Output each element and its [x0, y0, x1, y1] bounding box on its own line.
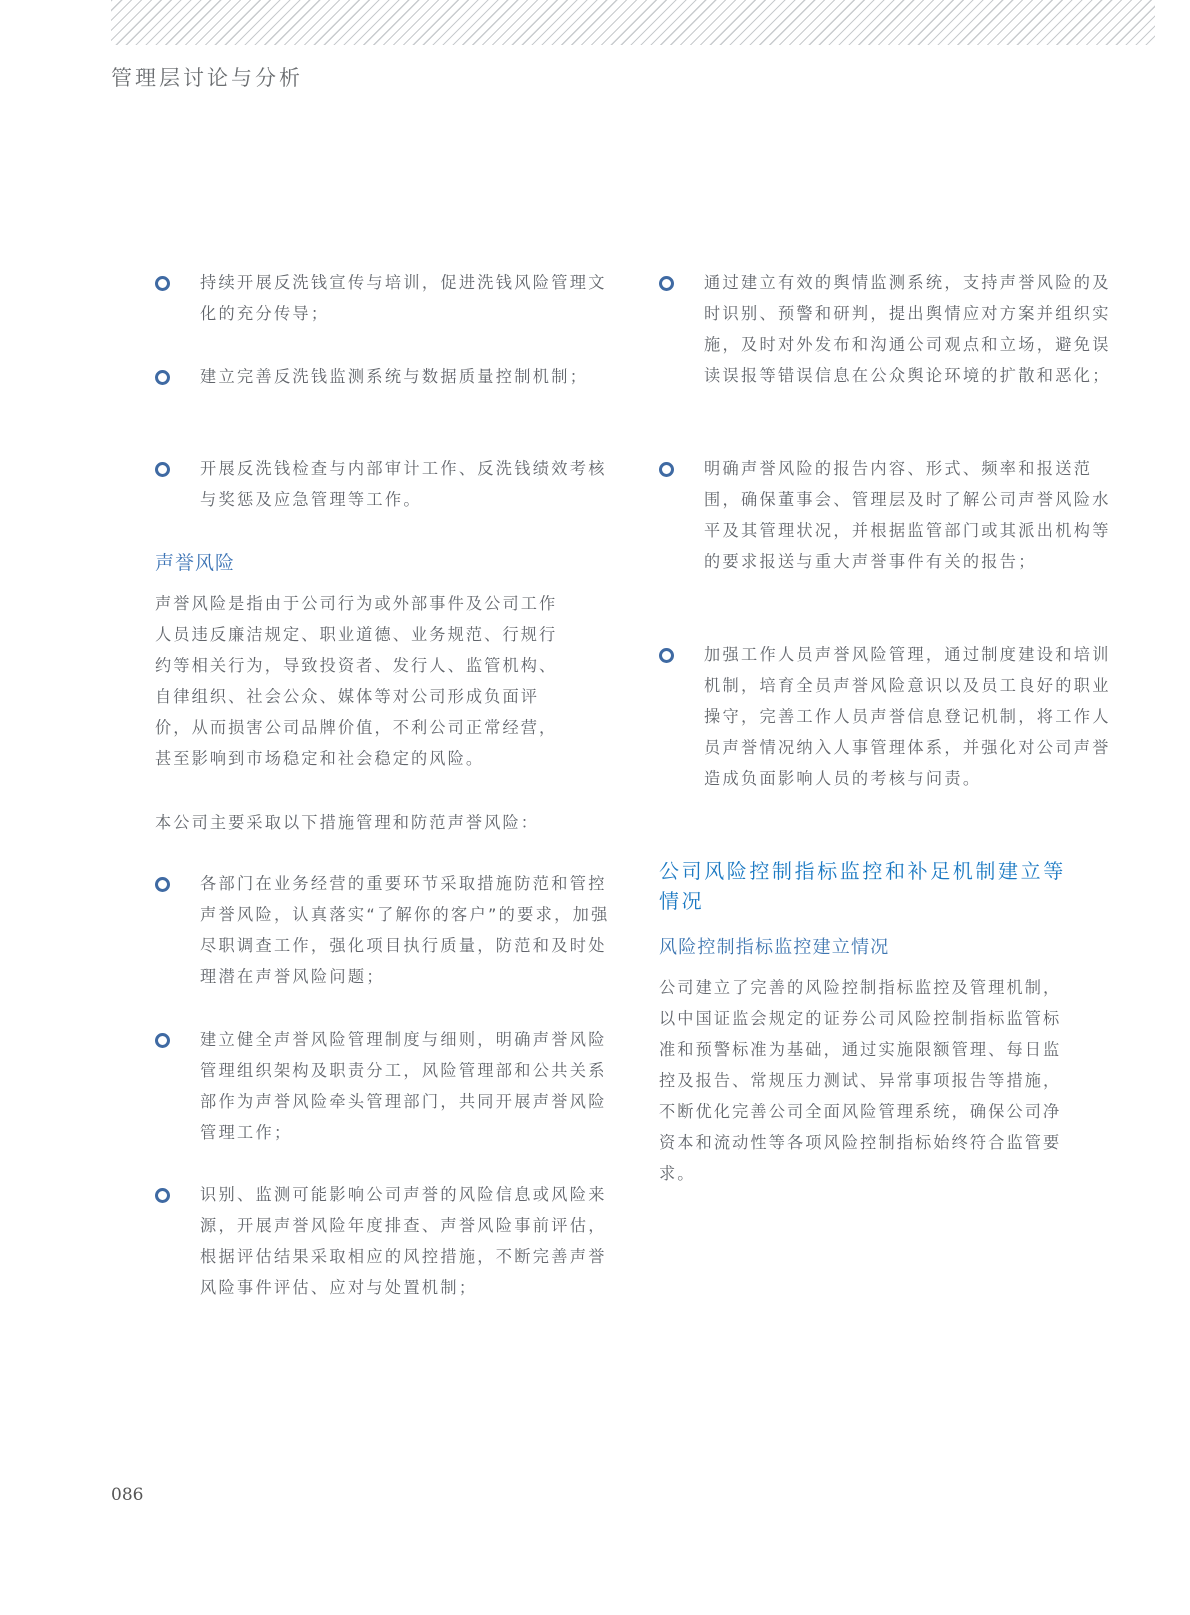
- list-item: 各部门在业务经营的重要环节采取措施防范和管控声誉风险，认真落实“了解你的客户”的…: [155, 868, 625, 992]
- risk-indicator-heading: 公司风险控制指标监控和补足机制建立等情况: [659, 856, 1084, 916]
- bullet-ring-icon: [659, 648, 674, 663]
- bullet-text: 建立健全声誉风险管理制度与细则，明确声誉风险管理组织架构及职责分工，风险管理部和…: [200, 1030, 607, 1142]
- risk-indicator-paragraph: 公司建立了完善的风险控制指标监控及管理机制，以中国证监会规定的证券公司风险控制指…: [659, 972, 1079, 1189]
- list-item: 开展反洗钱检查与内部审计工作、反洗钱绩效考核与奖惩及应急管理等工作。: [155, 453, 625, 515]
- risk-indicator-subheading: 风险控制指标监控建立情况: [659, 933, 889, 959]
- list-item: 通过建立有效的舆情监测系统，支持声誉风险的及时识别、预警和研判，提出舆情应对方案…: [659, 267, 1129, 391]
- bullet-ring-icon: [155, 1033, 170, 1048]
- bullet-ring-icon: [155, 462, 170, 477]
- measures-intro: 本公司主要采取以下措施管理和防范声誉风险：: [155, 807, 575, 838]
- list-item: 建立完善反洗钱监测系统与数据质量控制机制；: [155, 361, 625, 392]
- bullet-ring-icon: [659, 276, 674, 291]
- header-hatch-band: [111, 0, 1155, 45]
- bullet-text: 建立完善反洗钱监测系统与数据质量控制机制；: [200, 367, 588, 386]
- list-item: 建立健全声誉风险管理制度与细则，明确声誉风险管理组织架构及职责分工，风险管理部和…: [155, 1024, 625, 1148]
- bullet-text: 开展反洗钱检查与内部审计工作、反洗钱绩效考核与奖惩及应急管理等工作。: [200, 459, 607, 509]
- page-number: 086: [111, 1485, 143, 1505]
- list-item: 加强工作人员声誉风险管理，通过制度建设和培训机制，培育全员声誉风险意识以及员工良…: [659, 639, 1129, 794]
- reputation-risk-heading: 声誉风险: [155, 548, 235, 575]
- list-item: 持续开展反洗钱宣传与培训，促进洗钱风险管理文化的充分传导；: [155, 267, 625, 329]
- bullet-ring-icon: [155, 370, 170, 385]
- bullet-text: 持续开展反洗钱宣传与培训，促进洗钱风险管理文化的充分传导；: [200, 273, 607, 323]
- bullet-ring-icon: [155, 877, 170, 892]
- bullet-text: 通过建立有效的舆情监测系统，支持声誉风险的及时识别、预警和研判，提出舆情应对方案…: [704, 273, 1111, 385]
- bullet-text: 各部门在业务经营的重要环节采取措施防范和管控声誉风险，认真落实“了解你的客户”的…: [200, 874, 610, 986]
- reputation-risk-definition: 声誉风险是指由于公司行为或外部事件及公司工作人员违反廉洁规定、职业道德、业务规范…: [155, 588, 575, 774]
- bullet-text: 加强工作人员声誉风险管理，通过制度建设和培训机制，培育全员声誉风险意识以及员工良…: [704, 645, 1111, 788]
- bullet-text: 明确声誉风险的报告内容、形式、频率和报送范围，确保董事会、管理层及时了解公司声誉…: [704, 459, 1111, 571]
- bullet-text: 识别、监测可能影响公司声誉的风险信息或风险来源，开展声誉风险年度排查、声誉风险事…: [200, 1185, 607, 1297]
- bullet-ring-icon: [659, 462, 674, 477]
- section-title: 管理层讨论与分析: [111, 62, 303, 92]
- list-item: 识别、监测可能影响公司声誉的风险信息或风险来源，开展声誉风险年度排查、声誉风险事…: [155, 1179, 625, 1303]
- bullet-ring-icon: [155, 1188, 170, 1203]
- list-item: 明确声誉风险的报告内容、形式、频率和报送范围，确保董事会、管理层及时了解公司声誉…: [659, 453, 1129, 577]
- bullet-ring-icon: [155, 276, 170, 291]
